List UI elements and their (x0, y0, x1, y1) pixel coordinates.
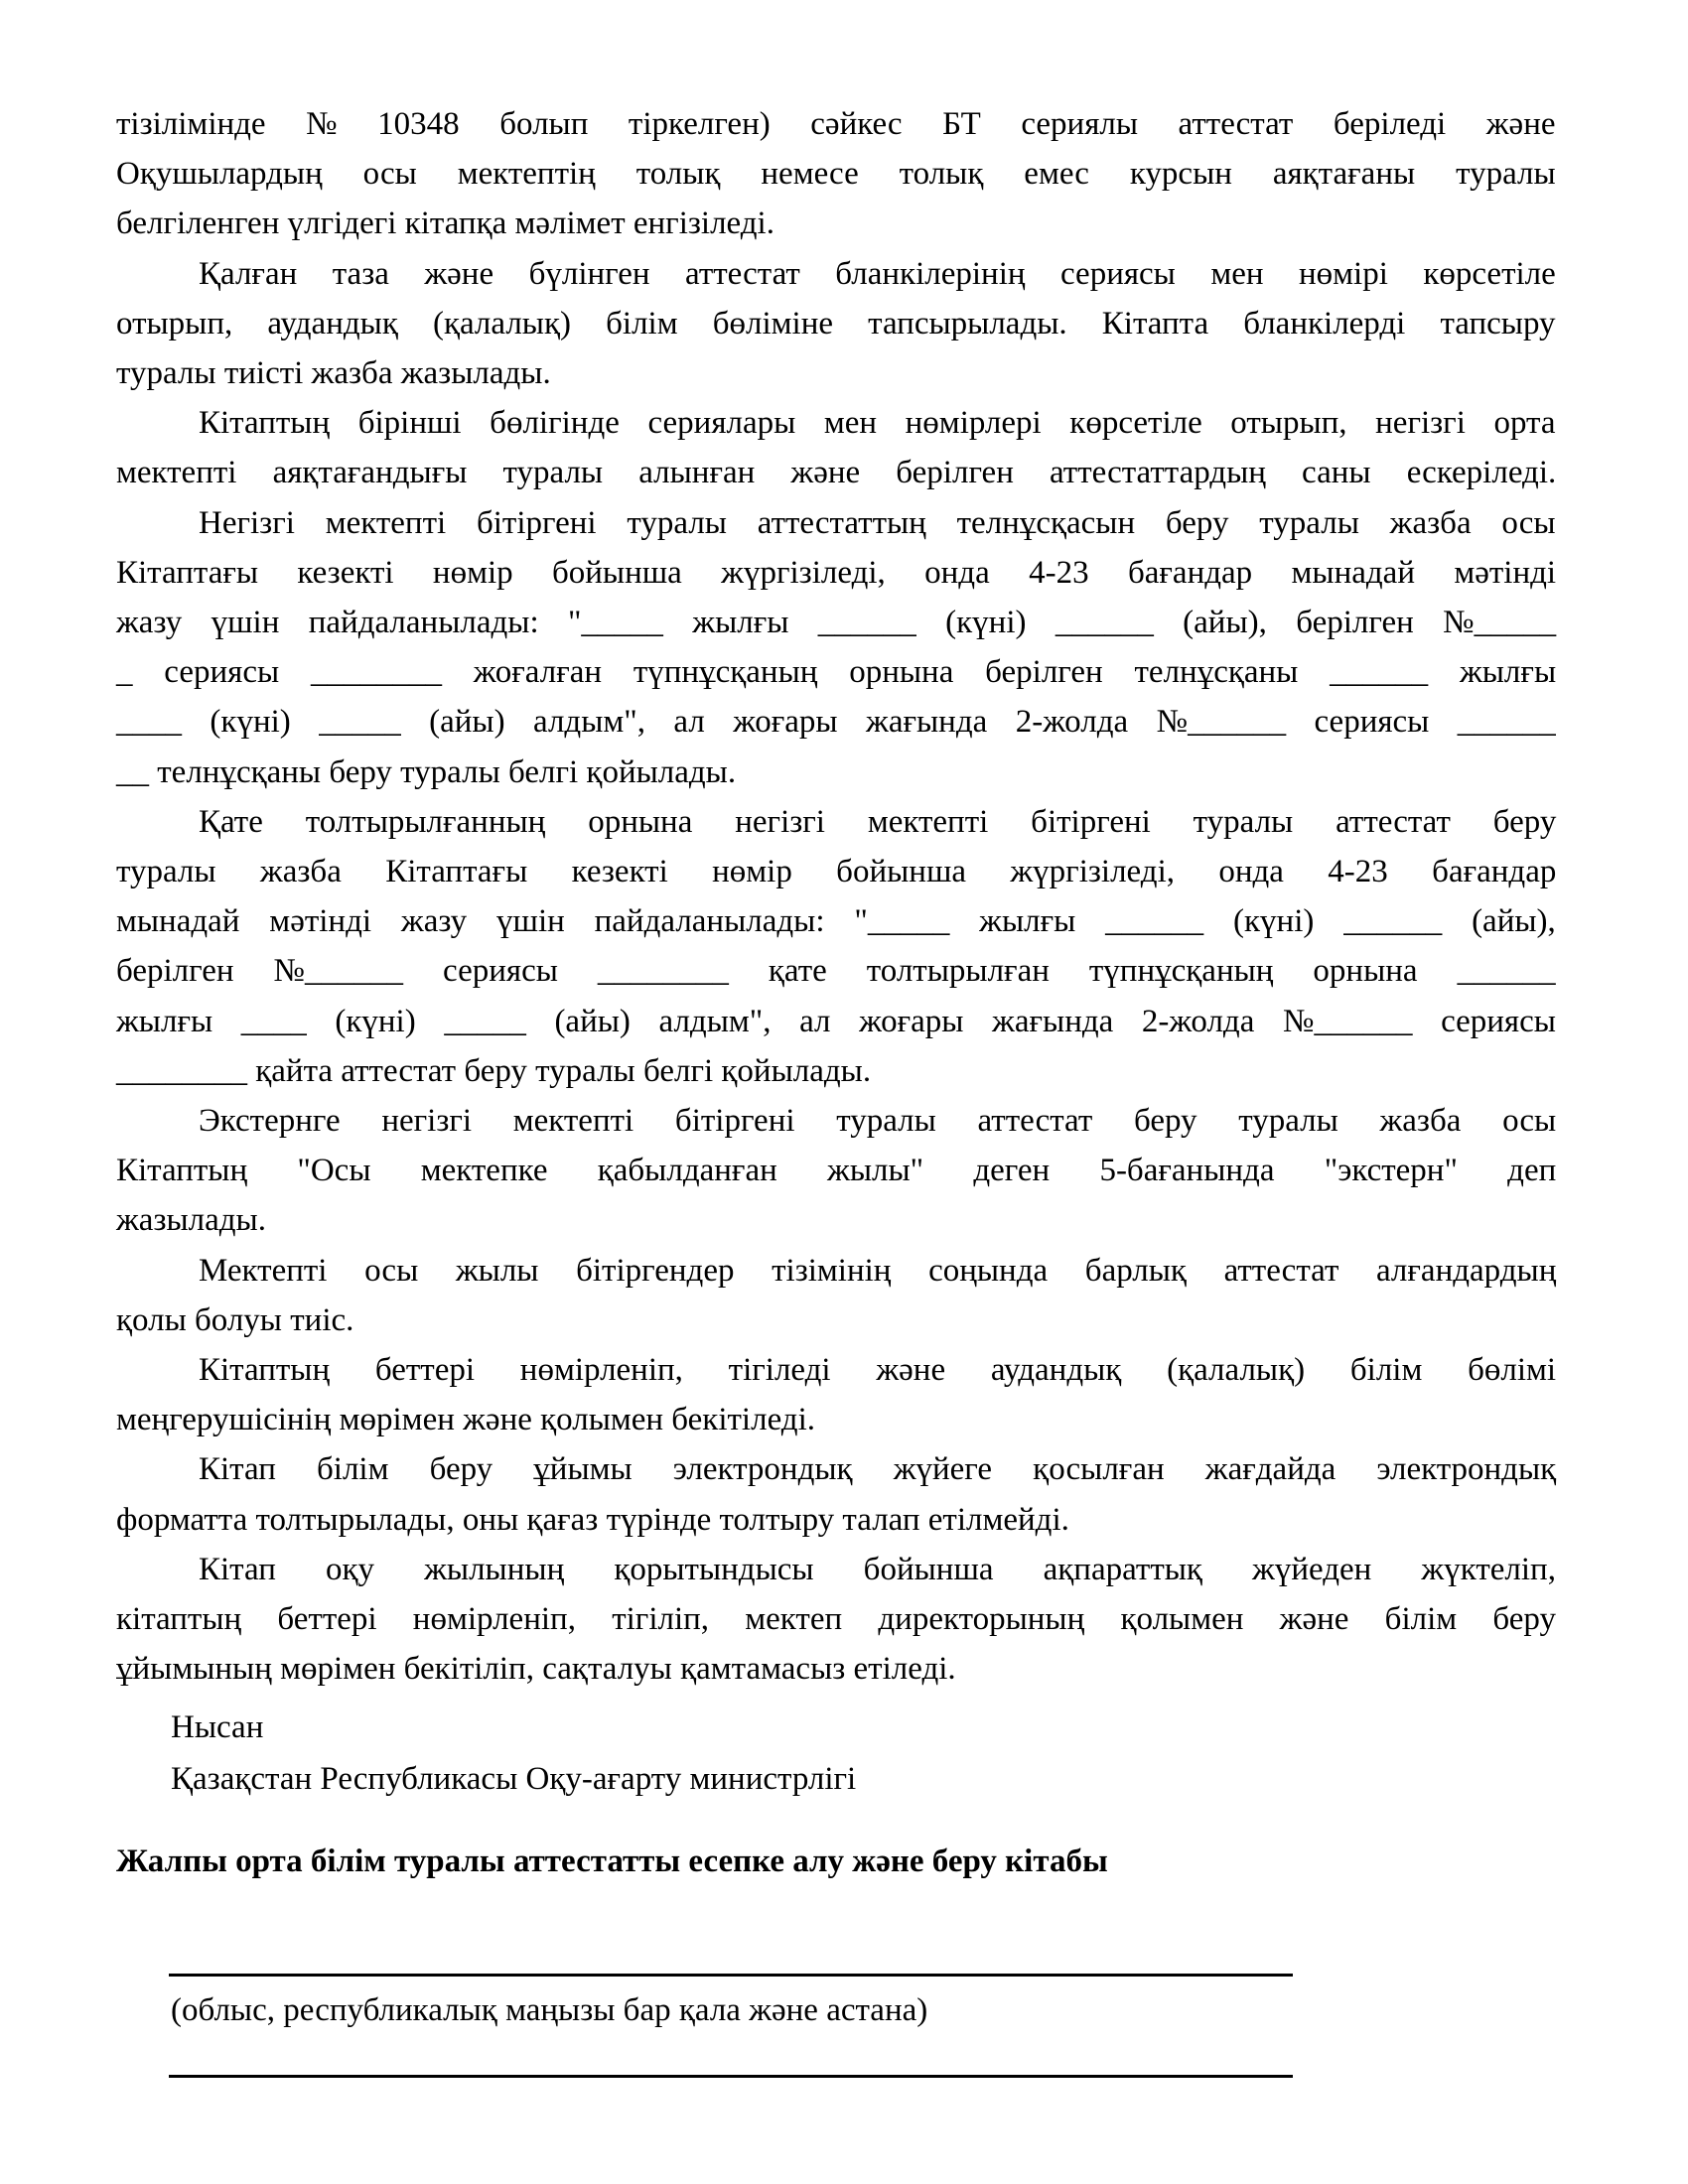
text-line: тізілімінде № 10348 болып тіркелген) сәй… (116, 104, 1556, 144)
text-line: Кітап білім беру ұйымы электрондық жүйег… (199, 1449, 1556, 1489)
text-line: Экстернге негізгі мектепті бітіргені тур… (199, 1101, 1556, 1141)
book-title: Жалпы орта білім туралы аттестатты есепк… (116, 1842, 1556, 1881)
text-line: берілген №______ сериясы ________ қате т… (116, 951, 1556, 991)
text-line: Кітаптың "Осы мектепке қабылданған жылы"… (116, 1151, 1556, 1190)
name-fill-line (169, 2075, 1293, 2078)
text-line: Қалған таза және бүлінген аттестат бланк… (199, 254, 1556, 294)
text-line: туралы тиісті жазба жазылады. (116, 353, 1556, 393)
text-line: ________ қайта аттестат беру туралы белг… (116, 1051, 1556, 1091)
text-line: кітаптың беттері нөмірленіп, тігіліп, ме… (116, 1599, 1556, 1639)
text-line: Кітап оқу жылының қорытындысы бойынша ақ… (199, 1550, 1556, 1589)
text-line: _ сериясы ________ жоғалған түпнұсқаның … (116, 652, 1556, 692)
text-line: мектепті аяқтағандығы туралы алынған жән… (116, 453, 1556, 492)
region-caption: (облыс, республикалық маңызы бар қала жә… (171, 1990, 1611, 2030)
text-line: жазылады. (116, 1200, 1556, 1240)
region-fill-line (169, 1974, 1293, 1977)
text-line: Қате толтырылғанның орнына негізгі мекте… (199, 802, 1556, 842)
text-line: Мектепті осы жылы бітіргендер тізімінің … (199, 1251, 1556, 1291)
text-line: белгіленген үлгідегі кітапқа мәлімет енг… (116, 204, 1556, 243)
text-line: Негізгі мектепті бітіргені туралы аттест… (199, 503, 1556, 543)
text-line: отырып, аудандық (қалалық) білім бөлімін… (116, 304, 1556, 343)
text-line: форматта толтырылады, оны қағаз түрінде … (116, 1500, 1556, 1540)
text-line: туралы жазба Кітаптағы кезекті нөмір бой… (116, 852, 1556, 891)
text-line: қолы болуы тиіс. (116, 1300, 1556, 1340)
text-line: __ телнұсқаны беру туралы белгі қойылады… (116, 752, 1556, 792)
text-line: Кітаптағы кезекті нөмір бойынша жүргізіл… (116, 553, 1556, 593)
ministry-name: Қазақстан Республикасы Оқу-ағарту минист… (171, 1759, 1611, 1799)
text-line: ____ (күні) _____ (айы) алдым", ал жоғар… (116, 702, 1556, 742)
text-line: ұйымының мөрімен бекітіліп, сақталуы қам… (116, 1649, 1556, 1689)
text-line: мынадай мәтінді жазу үшін пайдаланылады:… (116, 901, 1556, 941)
text-line: меңгерушісінің мөрімен және қолымен бекі… (116, 1400, 1556, 1439)
form-label: Нысан (171, 1707, 1611, 1747)
text-line: жылғы ____ (күні) _____ (айы) алдым", ал… (116, 1002, 1556, 1041)
text-line: Оқушылардың осы мектептің толық немесе т… (116, 154, 1556, 194)
text-line: жазу үшін пайдаланылады: "_____ жылғы __… (116, 603, 1556, 642)
text-line: Кітаптың бірінші бөлігінде сериялары мен… (199, 403, 1556, 443)
document-page: тізілімінде № 10348 болып тіркелген) сәй… (0, 0, 1688, 2184)
text-line: Кітаптың беттері нөмірленіп, тігіледі жә… (199, 1350, 1556, 1390)
